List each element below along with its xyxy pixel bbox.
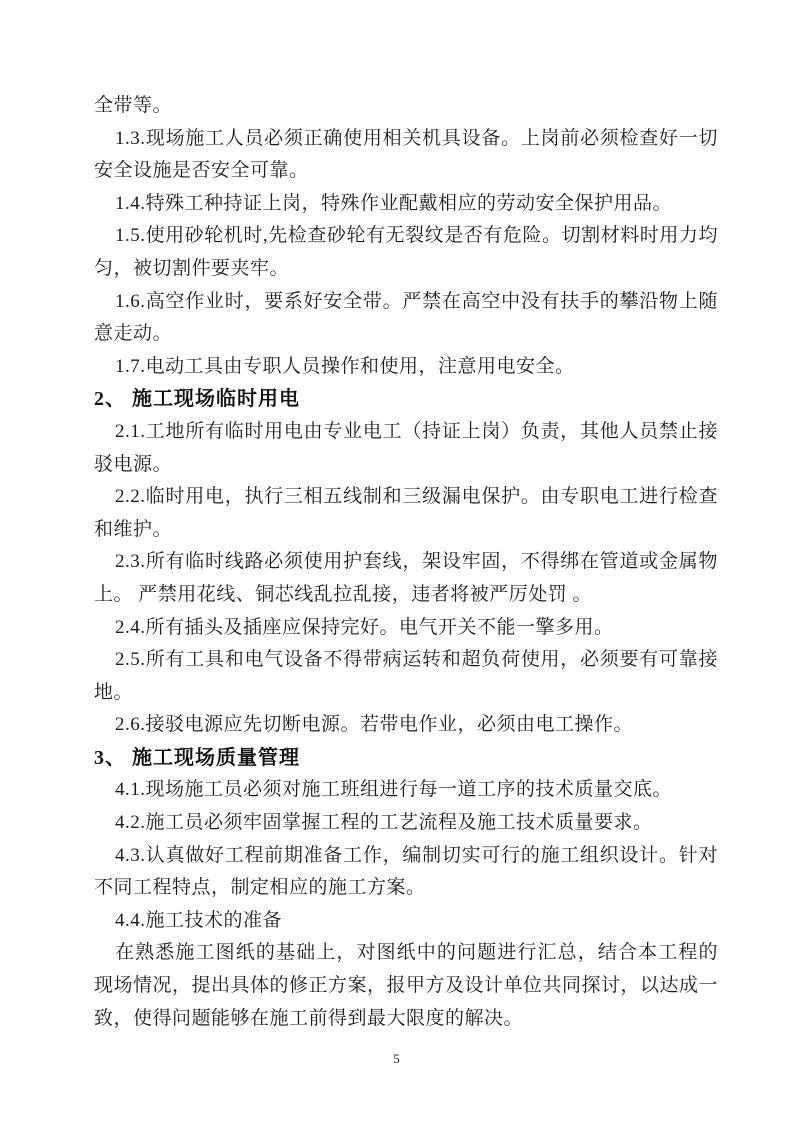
paragraph: 2.6.接驳电源应先切断电源。若带电作业，必须由电工操作。 (94, 709, 718, 742)
paragraph: 4.4.施工技术的准备 (94, 905, 718, 938)
paragraph: 1.7.电动工具由专职人员操作和使用，注意用电安全。 (94, 351, 718, 384)
paragraph: 在熟悉施工图纸的基础上，对图纸中的问题进行汇总，结合本工程的现场情况，提出具体的… (94, 937, 718, 1035)
paragraph: 2.3.所有临时线路必须使用护套线，架设牢固，不得绑在管道或金属物上。 严禁用花… (94, 546, 718, 611)
paragraph: 2.1.工地所有临时用电由专业电工（持证上岗）负责，其他人员禁止接驳电源。 (94, 416, 718, 481)
paragraph: 1.3.现场施工人员必须正确使用相关机具设备。上岗前必须检查好一切安全设施是否安… (94, 123, 718, 188)
paragraph: 2.2.临时用电，执行三相五线制和三级漏电保护。由专职电工进行检查和维护。 (94, 481, 718, 546)
page-number: 5 (0, 1051, 793, 1067)
document-page: 全带等。1.3.现场施工人员必须正确使用相关机具设备。上岗前必须检查好一切安全设… (0, 0, 793, 1122)
paragraph: 1.5.使用砂轮机时,先检查砂轮有无裂纹是否有危险。切割材料时用力均匀，被切割件… (94, 220, 718, 285)
paragraph: 全带等。 (94, 90, 718, 123)
document-body: 全带等。1.3.现场施工人员必须正确使用相关机具设备。上岗前必须检查好一切安全设… (94, 90, 718, 1035)
paragraph: 4.3.认真做好工程前期准备工作，编制切实可行的施工组织设计。针对不同工程特点，… (94, 840, 718, 905)
paragraph: 4.2.施工员必须牢固掌握工程的工艺流程及施工技术质量要求。 (94, 807, 718, 840)
paragraph: 2.4.所有插头及插座应保持完好。电气开关不能一擎多用。 (94, 612, 718, 645)
paragraph: 4.1.现场施工员必须对施工班组进行每一道工序的技术质量交底。 (94, 774, 718, 807)
section-heading: 2、 施工现场临时用电 (94, 383, 718, 416)
paragraph: 2.5.所有工具和电气设备不得带病运转和超负荷使用，必须要有可靠接地。 (94, 644, 718, 709)
paragraph: 1.4.特殊工种持证上岗，特殊作业配戴相应的劳动安全保护用品。 (94, 188, 718, 221)
section-heading: 3、 施工现场质量管理 (94, 742, 718, 775)
paragraph: 1.6.高空作业时，要系好安全带。严禁在高空中没有扶手的攀沿物上随意走动。 (94, 286, 718, 351)
